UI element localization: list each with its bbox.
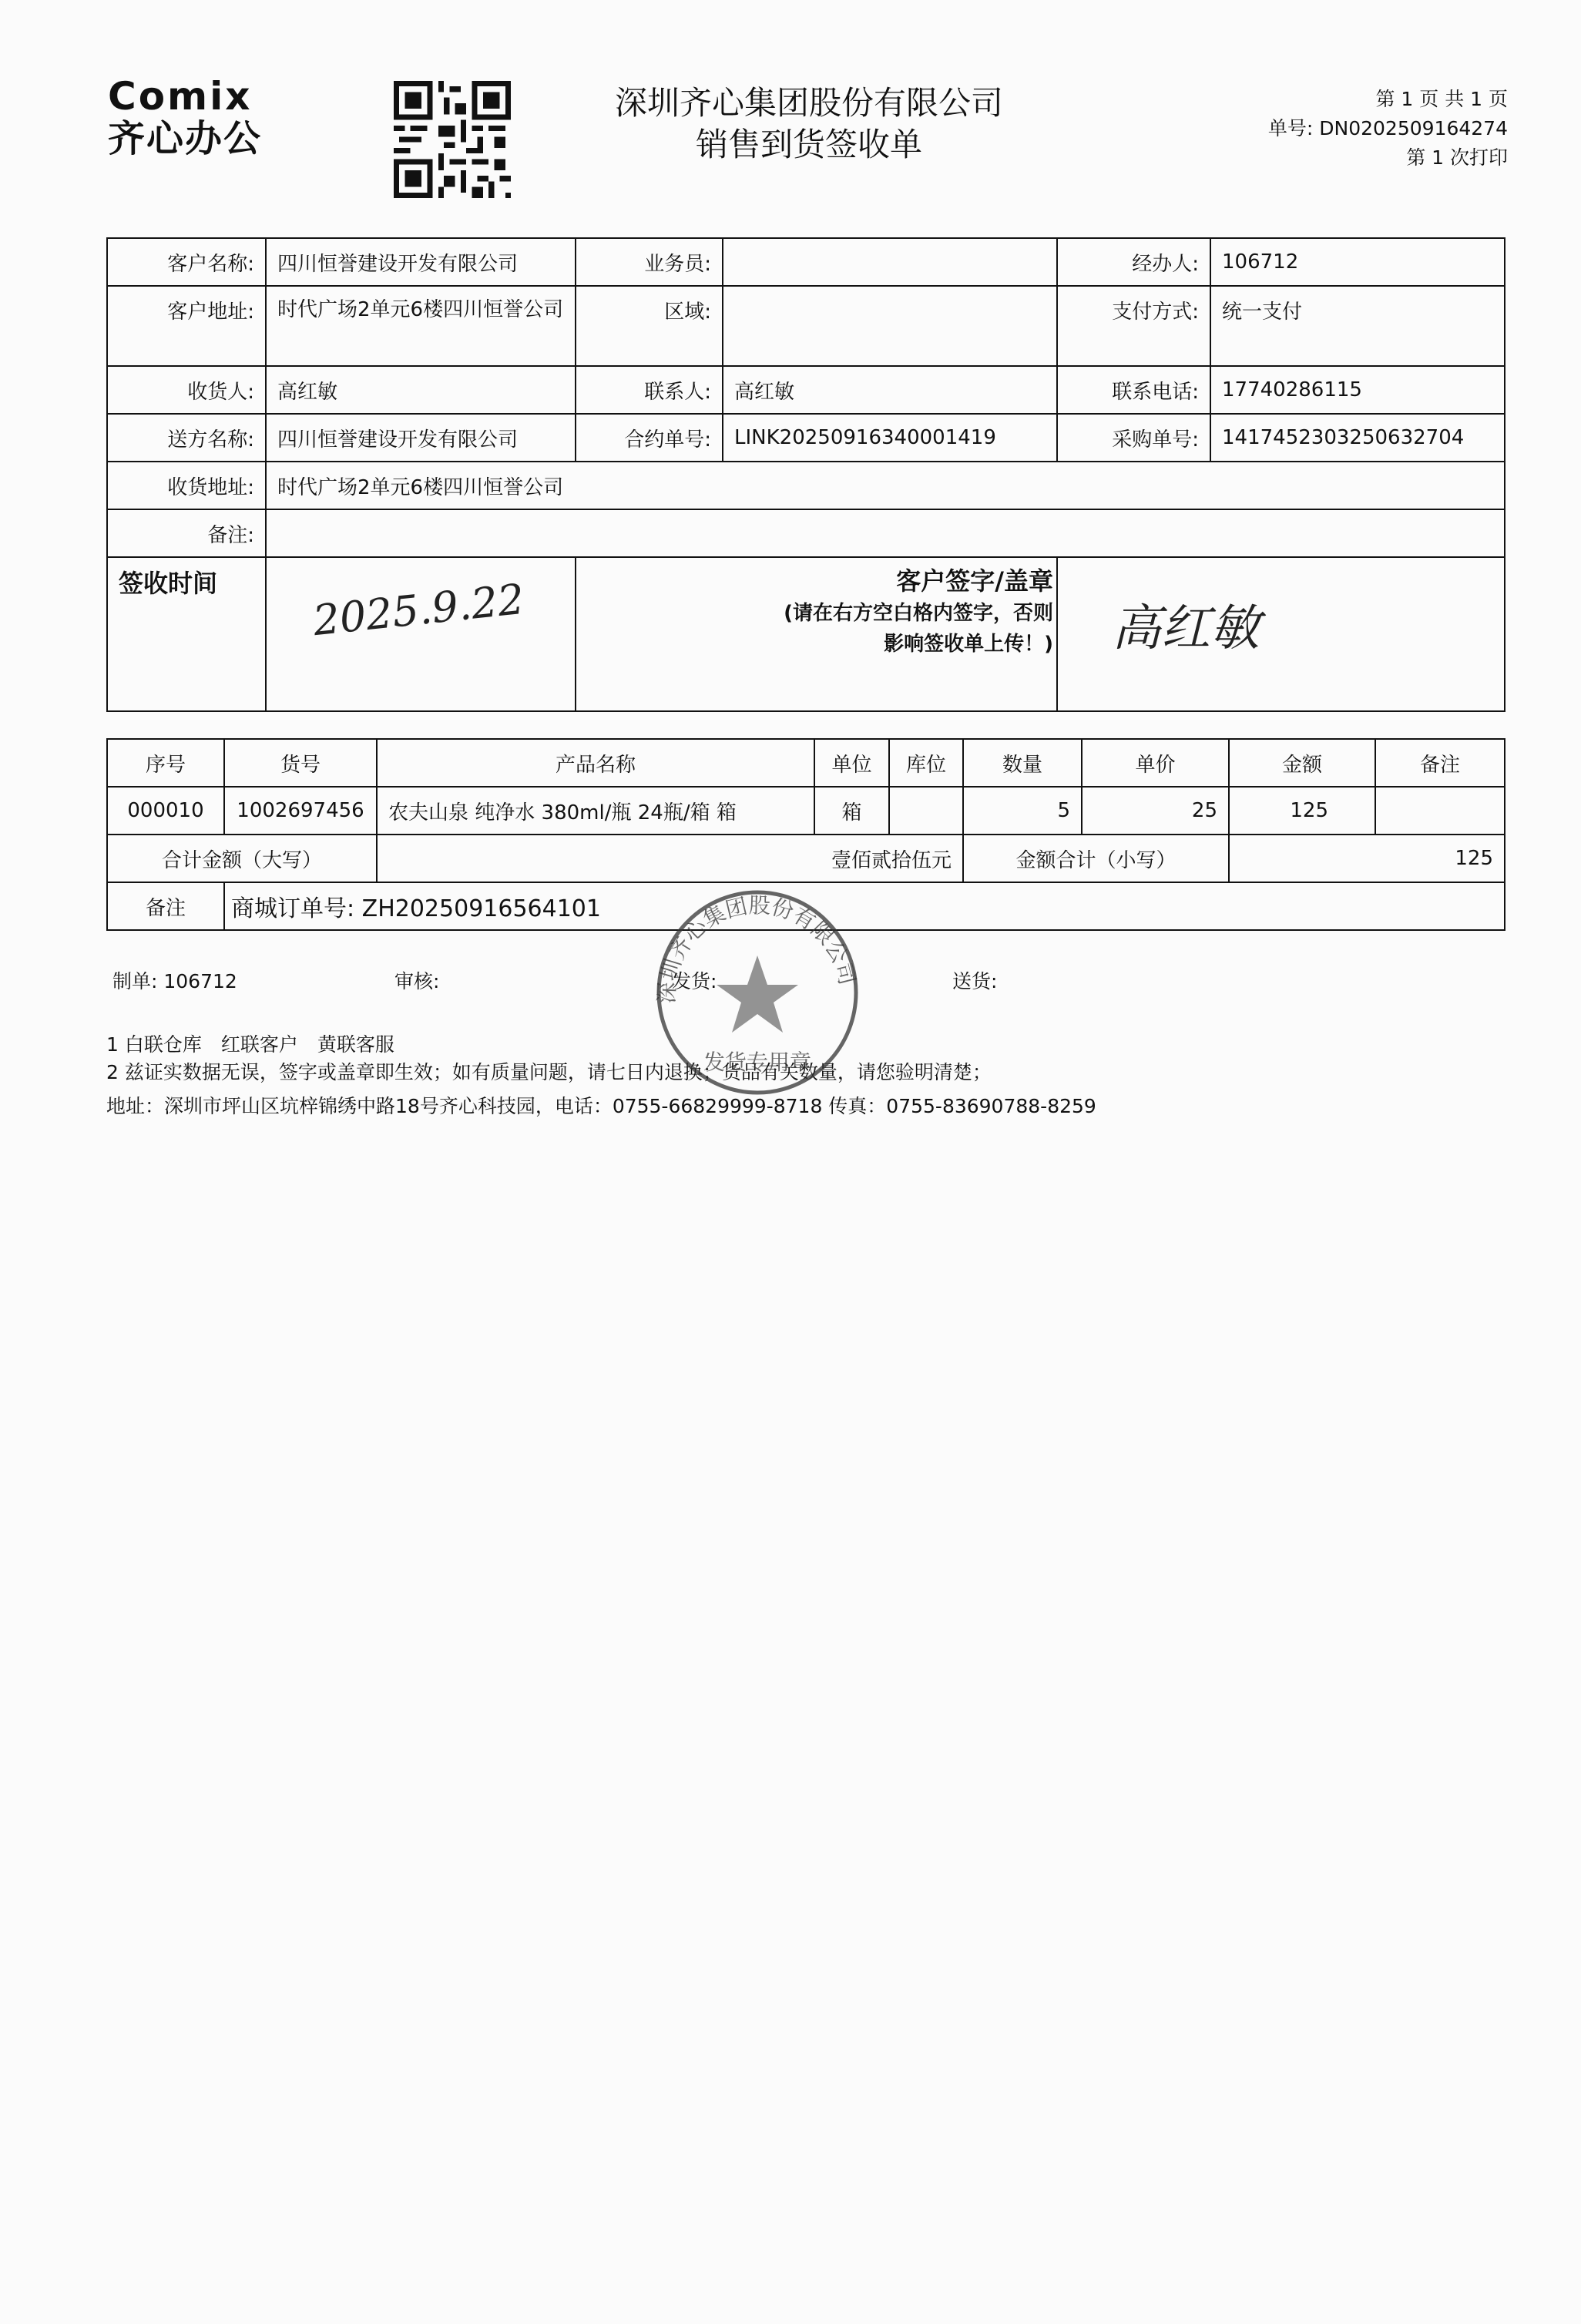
col-product-name: 产品名称	[377, 739, 814, 787]
table-row: 000010 1002697456 农夫山泉 纯净水 380ml/瓶 24瓶/箱…	[107, 787, 1505, 835]
total-upper-value: 壹佰贰拾伍元	[377, 835, 963, 882]
purchase-label: 采购单号:	[1057, 414, 1210, 462]
handler-label: 经办人:	[1057, 238, 1210, 286]
delivery-address-value: 时代广场2单元6楼四川恒誉公司	[266, 462, 1505, 509]
total-lower-label: 金额合计（小写）	[963, 835, 1229, 882]
col-amount: 金额	[1229, 739, 1375, 787]
handler-value: 106712	[1210, 238, 1505, 286]
delivery: 送货:	[952, 968, 997, 996]
payment-value: 统一支付	[1210, 286, 1505, 366]
review: 审核:	[394, 968, 439, 996]
payment-label: 支付方式:	[1057, 286, 1210, 366]
cell-qty: 5	[963, 787, 1082, 835]
col-unit: 单位	[814, 739, 889, 787]
cell-price: 25	[1082, 787, 1229, 835]
svg-text:发货专用章: 发货专用章	[703, 1049, 811, 1075]
doc-number: 单号: DN0202509164274	[1268, 114, 1508, 143]
col-seq: 序号	[107, 739, 224, 787]
consignee-label: 收货人:	[107, 366, 266, 414]
document-title: 销售到货签收单	[593, 125, 1025, 165]
col-qty: 数量	[963, 739, 1082, 787]
col-sku: 货号	[224, 739, 377, 787]
total-upper-label: 合计金额（大写）	[107, 835, 377, 882]
doc-number-value: DN0202509164274	[1319, 117, 1508, 139]
customer-address-label: 客户地址:	[107, 286, 266, 366]
sign-time-label: 签收时间	[107, 557, 266, 711]
sign-time-handwriting: 2025.9.22	[310, 575, 526, 645]
phone-label: 联系电话:	[1057, 366, 1210, 414]
signature-field[interactable]: 高红敏	[1057, 557, 1505, 711]
contact-value: 高红敏	[723, 366, 1057, 414]
cell-seq: 000010	[107, 787, 224, 835]
company-name: 深圳齐心集团股份有限公司	[593, 83, 1025, 123]
doc-number-label: 单号:	[1268, 117, 1313, 139]
cell-sku: 1002697456	[224, 787, 377, 835]
signature-label: 客户签字/盖章	[587, 564, 1053, 598]
cell-remark	[1375, 787, 1505, 835]
consignee-value: 高红敏	[266, 366, 576, 414]
customer-info-table: 客户名称: 四川恒誉建设开发有限公司 业务员: 经办人: 106712 客户地址…	[106, 237, 1505, 712]
col-remark: 备注	[1375, 739, 1505, 787]
qr-code-icon	[391, 81, 513, 198]
signature-label-cell: 客户签字/盖章 (请在右方空白格内签字，否则影响签收单上传！)	[576, 557, 1057, 711]
cell-product-name: 农夫山泉 纯净水 380ml/瓶 24瓶/箱 箱	[377, 787, 814, 835]
col-location: 库位	[889, 739, 963, 787]
total-lower-value: 125	[1229, 835, 1505, 882]
col-price: 单价	[1082, 739, 1229, 787]
logo-comix: Comix	[108, 77, 253, 116]
company-address: 地址：深圳市坪山区坑梓锦绣中路18号齐心科技园，电话：0755-66829999…	[106, 1093, 1096, 1120]
contract-label: 合约单号:	[576, 414, 723, 462]
region-label: 区域:	[576, 286, 723, 366]
print-count: 第 1 次打印	[1268, 143, 1508, 173]
logo-chinese: 齐心办公	[108, 117, 262, 160]
salesperson-label: 业务员:	[576, 238, 723, 286]
company-stamp-icon: 深圳齐心集团股份有限公司 发货专用章	[646, 885, 869, 1100]
items-remark-label: 备注	[107, 882, 224, 930]
signature-note: (请在右方空白格内签字，否则影响签收单上传！)	[587, 598, 1053, 660]
sender-label: 送方名称:	[107, 414, 266, 462]
total-row: 合计金额（大写） 壹佰贰拾伍元 金额合计（小写） 125	[107, 835, 1505, 882]
cell-unit: 箱	[814, 787, 889, 835]
document-meta: 第 1 页 共 1 页 单号: DN0202509164274 第 1 次打印	[1268, 85, 1508, 173]
maker: 制单: 106712	[112, 968, 237, 996]
items-header-row: 序号 货号 产品名称 单位 库位 数量 单价 金额 备注	[107, 739, 1505, 787]
region-value	[723, 286, 1057, 366]
sign-time-field[interactable]: 2025.9.22	[266, 557, 576, 711]
customer-name-value: 四川恒誉建设开发有限公司	[266, 238, 576, 286]
remark-label: 备注:	[107, 509, 266, 557]
copies-note: 1 白联仓库 红联客户 黄联客服	[106, 1031, 394, 1059]
cell-location	[889, 787, 963, 835]
sender-value: 四川恒誉建设开发有限公司	[266, 414, 576, 462]
purchase-value: 1417452303250632704	[1210, 414, 1505, 462]
signature-handwriting: 高红敏	[1112, 589, 1260, 660]
salesperson-value	[723, 238, 1057, 286]
customer-name-label: 客户名称:	[107, 238, 266, 286]
customer-address-value: 时代广场2单元6楼四川恒誉公司	[266, 286, 576, 366]
phone-value: 17740286115	[1210, 366, 1505, 414]
delivery-address-label: 收货地址:	[107, 462, 266, 509]
remark-value	[266, 509, 1505, 557]
cell-amount: 125	[1229, 787, 1375, 835]
page-info: 第 1 页 共 1 页	[1268, 85, 1508, 114]
contact-label: 联系人:	[576, 366, 723, 414]
contract-value: LINK20250916340001419	[723, 414, 1057, 462]
